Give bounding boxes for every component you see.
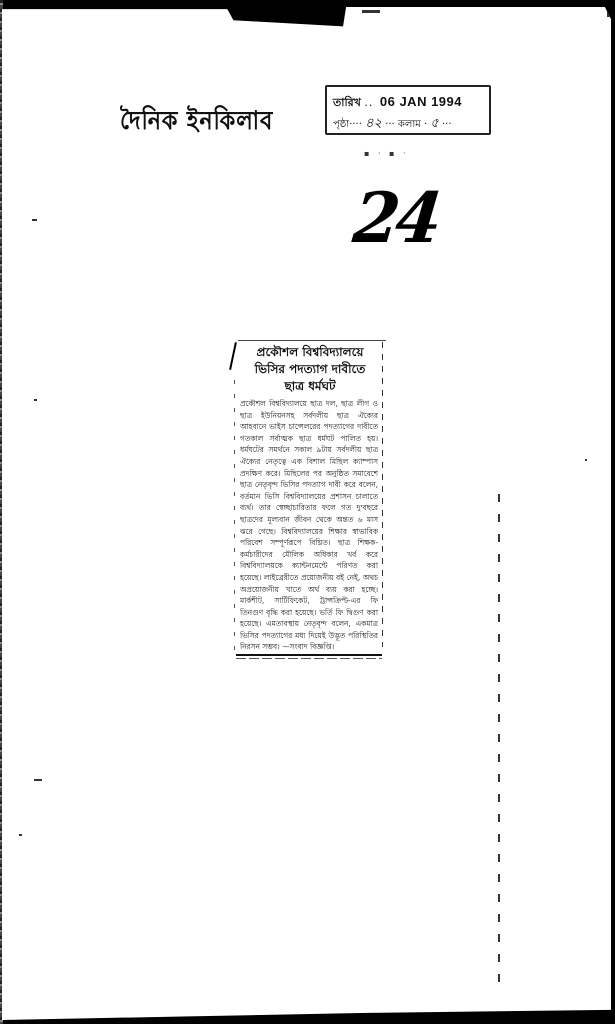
clipping-right-border <box>382 342 383 647</box>
handwritten-number: 24 <box>350 177 442 259</box>
clipping-bottom-rule-dashed <box>236 658 382 659</box>
stamp-date-value: 06 JAN 1994 <box>380 94 462 109</box>
scan-speck <box>362 10 380 13</box>
stamp-page-label: পৃষ্ঠা <box>333 119 349 130</box>
scan-speck <box>607 9 613 17</box>
clipping-cut-mark <box>229 342 237 370</box>
stamp-dots: ··· <box>442 119 452 130</box>
scan-specks: ▪ · ▪ · <box>364 149 409 158</box>
stamp-page-value: ৪২ <box>365 116 382 131</box>
stamp-dots: ···· <box>349 119 365 130</box>
scanned-page: দৈনিক ইনকিলাব তারিখ .. 06 JAN 1994 পৃষ্ঠ… <box>2 4 611 1020</box>
date-stamp: তারিখ .. 06 JAN 1994 পৃষ্ঠা···· ৪২ ··· ক… <box>325 85 491 135</box>
stamp-column-value: ৫ <box>430 116 438 131</box>
scan-speck <box>34 399 37 401</box>
stamp-dots: ··· <box>385 119 398 130</box>
stamp-dots: · <box>424 119 427 130</box>
stamp-dots: .. <box>364 96 373 109</box>
article-body: প্রকৌশল বিশ্ববিদ্যালয়ে ছাত্র দল, ছাত্র … <box>240 398 378 653</box>
scan-speck <box>19 834 22 836</box>
scan-speck <box>34 779 42 781</box>
stamp-date-label: তারিখ <box>333 96 361 109</box>
scan-speck <box>32 219 37 221</box>
stamp-date-row: তারিখ .. 06 JAN 1994 <box>333 94 462 113</box>
clipping-left-border <box>234 380 235 650</box>
stamp-column-label: কলাম <box>398 119 421 130</box>
scan-fold-line <box>498 494 500 994</box>
clipping-bottom-rule <box>236 654 382 656</box>
headline-line: প্রকৌশল বিশ্ববিদ্যালয়ে <box>240 344 380 361</box>
article-headline: প্রকৌশল বিশ্ববিদ্যালয়ে ভিসির পদত্যাগ দা… <box>240 344 380 395</box>
headline-line: ভিসির পদত্যাগ দাবীতে <box>240 361 380 378</box>
clipping-top-border <box>238 340 386 341</box>
newspaper-masthead: দৈনিক ইনকিলাব <box>120 101 273 144</box>
article-clipping: প্রকৌশল বিশ্ববিদ্যালয়ে ভিসির পদত্যাগ দা… <box>232 340 384 660</box>
scan-speck <box>585 459 587 461</box>
headline-line: ছাত্র ধর্মঘট <box>240 378 380 395</box>
stamp-page-row: পৃষ্ঠা···· ৪২ ··· কলাম · ৫ ··· <box>333 114 452 135</box>
